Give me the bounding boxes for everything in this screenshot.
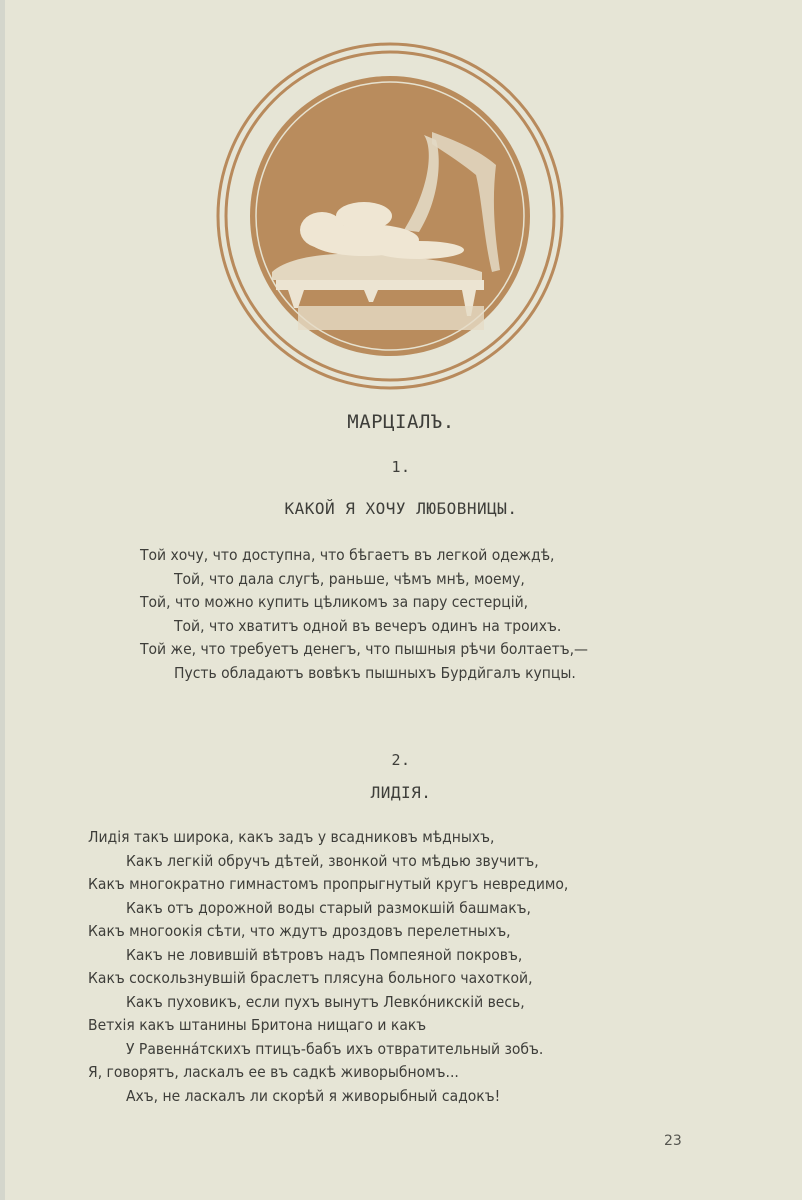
poem-line: Какъ многоокія сѣти, что ждутъ дроздовъ … (88, 920, 568, 944)
poem-line: Какъ пуховикъ, если пухъ вынутъ Левкóник… (88, 991, 568, 1015)
poem-line: Какъ не ловившій вѣтровъ надъ Помпеяной … (88, 944, 568, 968)
page-gutter-edge (0, 0, 5, 1200)
poem-2-text: Лидія такъ широка, какъ задъ у всадников… (88, 826, 568, 1108)
poem-line: Лидія такъ широка, какъ задъ у всадников… (88, 826, 568, 850)
poem-2-title: ЛИДІЯ. (0, 783, 802, 802)
poem-line: Той, что можно купить цѣликомъ за пару с… (140, 591, 588, 615)
poem-line: У Равеннáтскихъ птицъ-бабъ ихъ отвратите… (88, 1038, 568, 1062)
poem-1-number: 1. (0, 458, 802, 476)
poem-line: Я, говорятъ, ласкалъ ее въ садкѣ живорыб… (88, 1061, 568, 1085)
poem-line: Той же, что требуетъ денегъ, что пышныя … (140, 638, 588, 662)
poem-line: Какъ соскользнувшій браслетъ плясуна бол… (88, 967, 568, 991)
poem-line: Той, что хватитъ одной въ вечеръ одинъ н… (140, 615, 588, 639)
poem-line: Какъ легкій обручъ дѣтей, звонкой что мѣ… (88, 850, 568, 874)
poem-line: Той, что дала слугѣ, раньше, чѣмъ мнѣ, м… (140, 568, 588, 592)
poem-line: Ветхія какъ штанины Бритона нищаго и как… (88, 1014, 568, 1038)
poem-line: Какъ многократно гимнастомъ пропрыгнутый… (88, 873, 568, 897)
poem-line: Пусть обладаютъ вовѣкъ пышныхъ Бурдйгалъ… (140, 662, 588, 686)
poem-1-title: КАКОЙ Я ХОЧУ ЛЮБОВНИЦЫ. (0, 499, 802, 518)
poem-line: Какъ отъ дорожной воды старый размокшій … (88, 897, 568, 921)
author-heading: МАРЦІАЛЪ. (0, 411, 802, 433)
poem-line: Ахъ, не ласкалъ ли скорѣй я живорыбный с… (88, 1085, 568, 1109)
poem-1-text: Той хочу, что доступна, что бѣгаетъ въ л… (140, 544, 588, 685)
medallion-vignette-icon (214, 40, 566, 392)
page-number: 23 (664, 1133, 682, 1149)
poem-2-number: 2. (0, 751, 802, 769)
poem-line: Той хочу, что доступна, что бѣгаетъ въ л… (140, 544, 588, 568)
